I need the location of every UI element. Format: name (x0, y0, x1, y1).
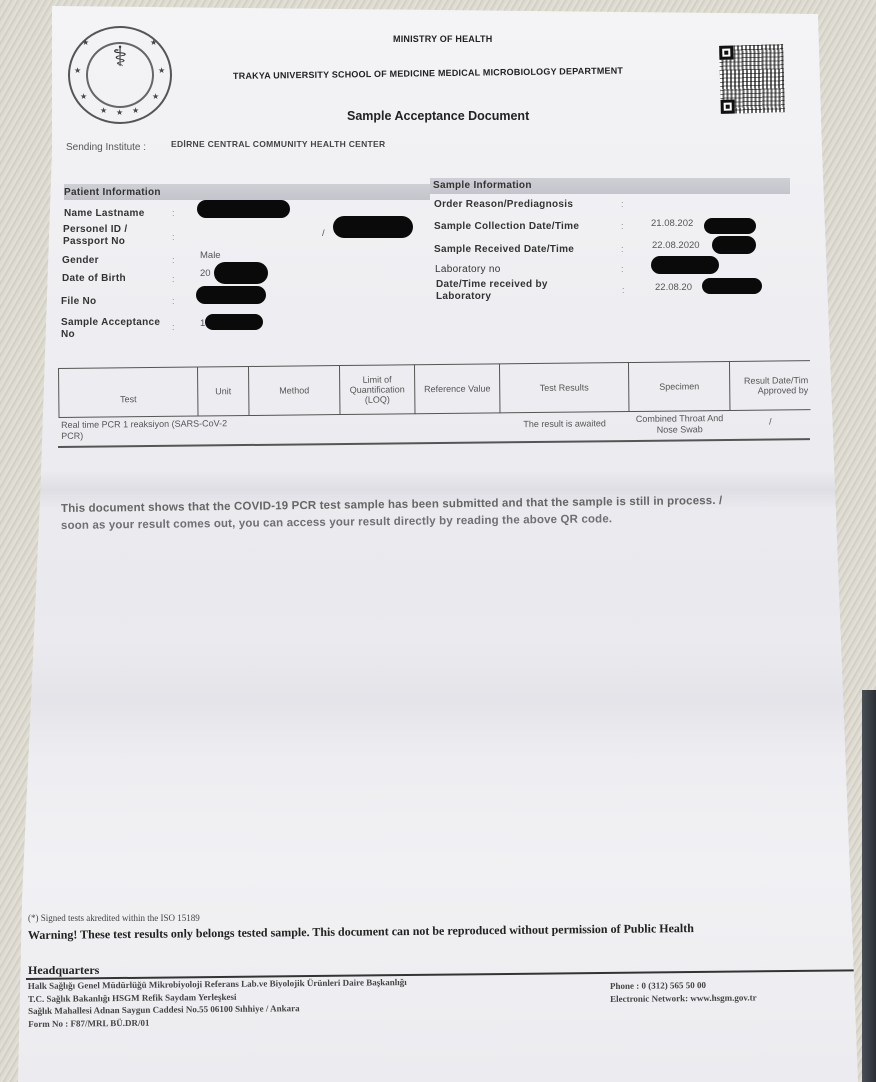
results-table: Test Unit Method Limit of Quantification… (58, 360, 811, 444)
redaction (333, 216, 413, 238)
personal-id-value: / (322, 228, 325, 239)
ministry-seal-icon: ⚕ ★ ★ ★ ★ ★ ★ ★ ★ ★ (68, 26, 172, 124)
received-date-label: Sample Received Date/Time (434, 244, 574, 255)
sample-info-heading: Sample Information (433, 180, 532, 191)
sample-acceptance-no-label: Sample Acceptance No (61, 317, 161, 341)
colon: : (172, 296, 175, 306)
contact-block: Phone : 0 (312) 565 50 00 Electronic Net… (610, 978, 757, 1005)
cell-method (249, 415, 340, 442)
background-object (862, 690, 876, 1082)
colon: : (172, 232, 175, 242)
colon: : (621, 264, 624, 274)
redaction (651, 256, 719, 274)
cell-result-date: / (730, 410, 811, 437)
colon: : (172, 274, 175, 284)
cell-specimen: Combined Throat And Nose Swab (629, 410, 730, 438)
gender-value: Male (200, 250, 221, 261)
colon: : (172, 322, 175, 332)
column-header-test-results: Test Results (499, 363, 629, 413)
cell-reference-value (415, 413, 500, 440)
page-title: Sample Acceptance Document (347, 109, 529, 123)
lab-received-date-value: 22.08.20 (655, 282, 692, 293)
notice-line-2: soon as your result comes out, you can a… (61, 513, 612, 532)
received-date-value: 22.08.2020 (652, 240, 700, 251)
redaction (214, 262, 268, 284)
redaction (196, 286, 266, 304)
qr-code-icon (719, 44, 785, 114)
address-block: Halk Sağlığı Genel Müdürlüğü Mikrobiyolo… (28, 976, 407, 1030)
cell-test-results: The result is awaited (500, 412, 629, 440)
electronic-network: Electronic Network: www.hsgm.gov.tr (610, 991, 757, 1005)
name-label: Name Lastname (64, 208, 145, 219)
colon: : (621, 221, 624, 231)
redaction (205, 314, 263, 330)
accreditation-note: (*) Signed tests akredited within the IS… (28, 913, 200, 923)
column-header-method: Method (248, 366, 340, 416)
lab-received-date-label: Date/Time received by Laboratory (436, 279, 586, 303)
colon: : (621, 199, 624, 209)
collection-date-label: Sample Collection Date/Time (434, 221, 579, 232)
colon: : (621, 244, 624, 254)
colon: : (622, 285, 625, 295)
redaction (197, 200, 290, 218)
sending-institute-label: Sending Institute : (66, 142, 146, 153)
column-header-specimen: Specimen (628, 361, 730, 411)
order-reason-label: Order Reason/Prediagnosis (434, 199, 573, 210)
colon: : (172, 208, 175, 218)
column-header-result-date: Result Date/Tim Approved by (729, 361, 810, 411)
table-header-row: Test Unit Method Limit of Quantification… (59, 361, 811, 418)
personal-id-label: Personel ID / Passport No (63, 224, 153, 248)
column-header-test: Test (59, 367, 199, 417)
redaction (712, 236, 756, 254)
laboratory-no-label: Laboratory no (435, 264, 501, 275)
redaction (702, 278, 762, 294)
warning-line-2: Headquarters (28, 963, 99, 978)
file-no-label: File No (61, 296, 96, 307)
patient-info-heading: Patient Information (64, 187, 161, 198)
paper-fold (0, 640, 876, 760)
column-header-unit: Unit (197, 367, 249, 417)
document-page: ⚕ ★ ★ ★ ★ ★ ★ ★ ★ ★ MINISTRY OF HEALTH T… (0, 0, 876, 1082)
colon: : (172, 255, 175, 265)
gender-label: Gender (62, 255, 99, 266)
cell-loq (340, 414, 415, 441)
cell-test: Real time PCR 1 reaksiyon (SARS-CoV-2 PC… (59, 416, 249, 444)
dob-label: Date of Birth (62, 273, 126, 284)
column-header-loq: Limit of Quantification (LOQ) (339, 365, 415, 415)
column-header-reference-value: Reference Value (414, 364, 500, 414)
department-name: TRAKYA UNIVERSITY SCHOOL OF MEDICINE MED… (233, 66, 623, 81)
dob-value: 20 (200, 268, 211, 279)
redaction (704, 218, 756, 234)
collection-date-value: 21.08.202 (651, 218, 693, 229)
ministry-name: MINISTRY OF HEALTH (393, 34, 492, 44)
sending-institute-value: EDİRNE CENTRAL COMMUNITY HEALTH CENTER (171, 139, 385, 149)
warning-line-1: Warning! These test results only belongs… (28, 921, 694, 943)
